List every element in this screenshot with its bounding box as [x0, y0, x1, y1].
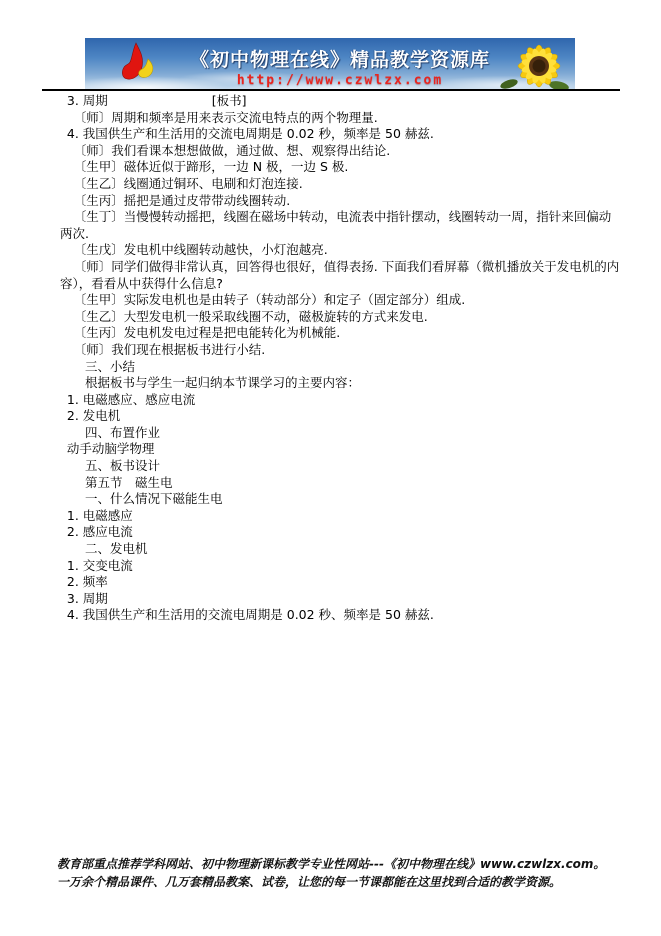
paragraph: 1. 交变电流	[60, 558, 620, 575]
paragraph: 〔师〕周期和频率是用来表示交流电特点的两个物理量.	[60, 110, 620, 127]
banner-text-block: 《初中物理在线》精品教学资源库 http://www.czwlzx.com	[180, 38, 500, 88]
paragraph: 五、板书设计	[60, 458, 620, 475]
paragraph: 4. 我国供生产和生活用的交流电周期是 0.02 秒、频率是 50 赫兹.	[60, 607, 620, 624]
paragraph: 3. 周期	[60, 591, 620, 608]
paragraph: 〔生甲〕磁体近似于蹄形，一边 N 极，一边 S 极.	[60, 159, 620, 176]
paragraph: 一、什么情况下磁能生电	[60, 491, 620, 508]
flame-logo-icon	[113, 42, 165, 90]
paragraph: 根据板书与学生一起归纳本节课学习的主要内容：	[60, 375, 620, 392]
paragraph: 二、发电机	[60, 541, 620, 558]
paragraph: 三、小结	[60, 359, 620, 376]
paragraph: 4. 我国供生产和生活用的交流电周期是 0.02 秒，频率是 50 赫兹.	[60, 126, 620, 143]
site-banner: 《初中物理在线》精品教学资源库 http://www.czwlzx.com	[85, 38, 575, 90]
paragraph: 〔生丙〕发电机发电过程是把电能转化为机械能.	[60, 325, 620, 342]
header-divider	[42, 89, 620, 91]
paragraph: 〔生甲〕实际发电机也是由转子（转动部分）和定子（固定部分）组成.	[60, 292, 620, 309]
paragraph: 1. 电磁感应、感应电流	[60, 392, 620, 409]
paragraph: 〔师〕我们现在根据板书进行小结.	[60, 342, 620, 359]
paragraph: 〔生戊〕发电机中线圈转动越快，小灯泡越亮.	[60, 242, 620, 259]
site-title: 《初中物理在线》精品教学资源库	[180, 45, 500, 72]
board-writing-annotation: [板书]	[212, 93, 247, 110]
sunflower-image	[483, 38, 575, 90]
paragraph: 〔师〕我们看课本想想做做，通过做、想、观察得出结论.	[60, 143, 620, 160]
document-page: 《初中物理在线》精品教学资源库 http://www.czwlzx.com	[0, 0, 661, 936]
paragraph: 3. 周期[板书]	[60, 93, 620, 110]
paragraph: 〔生丁〕当慢慢转动摇把，线圈在磁场中转动，电流表中指针摆动，线圈转动一周，指针来…	[60, 209, 620, 242]
paragraph: 1. 电磁感应	[60, 508, 620, 525]
document-body: 3. 周期[板书]〔师〕周期和频率是用来表示交流电特点的两个物理量.4. 我国供…	[60, 93, 620, 624]
paragraph: 〔生乙〕大型发电机一般采取线圈不动，磁极旋转的方式来发电.	[60, 309, 620, 326]
paragraph: 动手动脑学物理	[60, 441, 620, 458]
paragraph: 2. 感应电流	[60, 524, 620, 541]
site-url-link[interactable]: http://www.czwlzx.com	[180, 73, 500, 88]
paragraph: 2. 频率	[60, 574, 620, 591]
paragraph: 〔生丙〕摇把是通过皮带带动线圈转动.	[60, 193, 620, 210]
page-footer: 教育部重点推荐学科网站、初中物理新课标教学专业性网站---《初中物理在线》www…	[57, 856, 610, 891]
paragraph: 〔生乙〕线圈通过铜环、电刷和灯泡连接.	[60, 176, 620, 193]
paragraph: 〔师〕同学们做得非常认真，回答得也很好，值得表扬. 下面我们看屏幕（微机播放关于…	[60, 259, 620, 292]
paragraph: 2. 发电机	[60, 408, 620, 425]
paragraph: 第五节 磁生电	[60, 475, 620, 492]
paragraph: 四、布置作业	[60, 425, 620, 442]
